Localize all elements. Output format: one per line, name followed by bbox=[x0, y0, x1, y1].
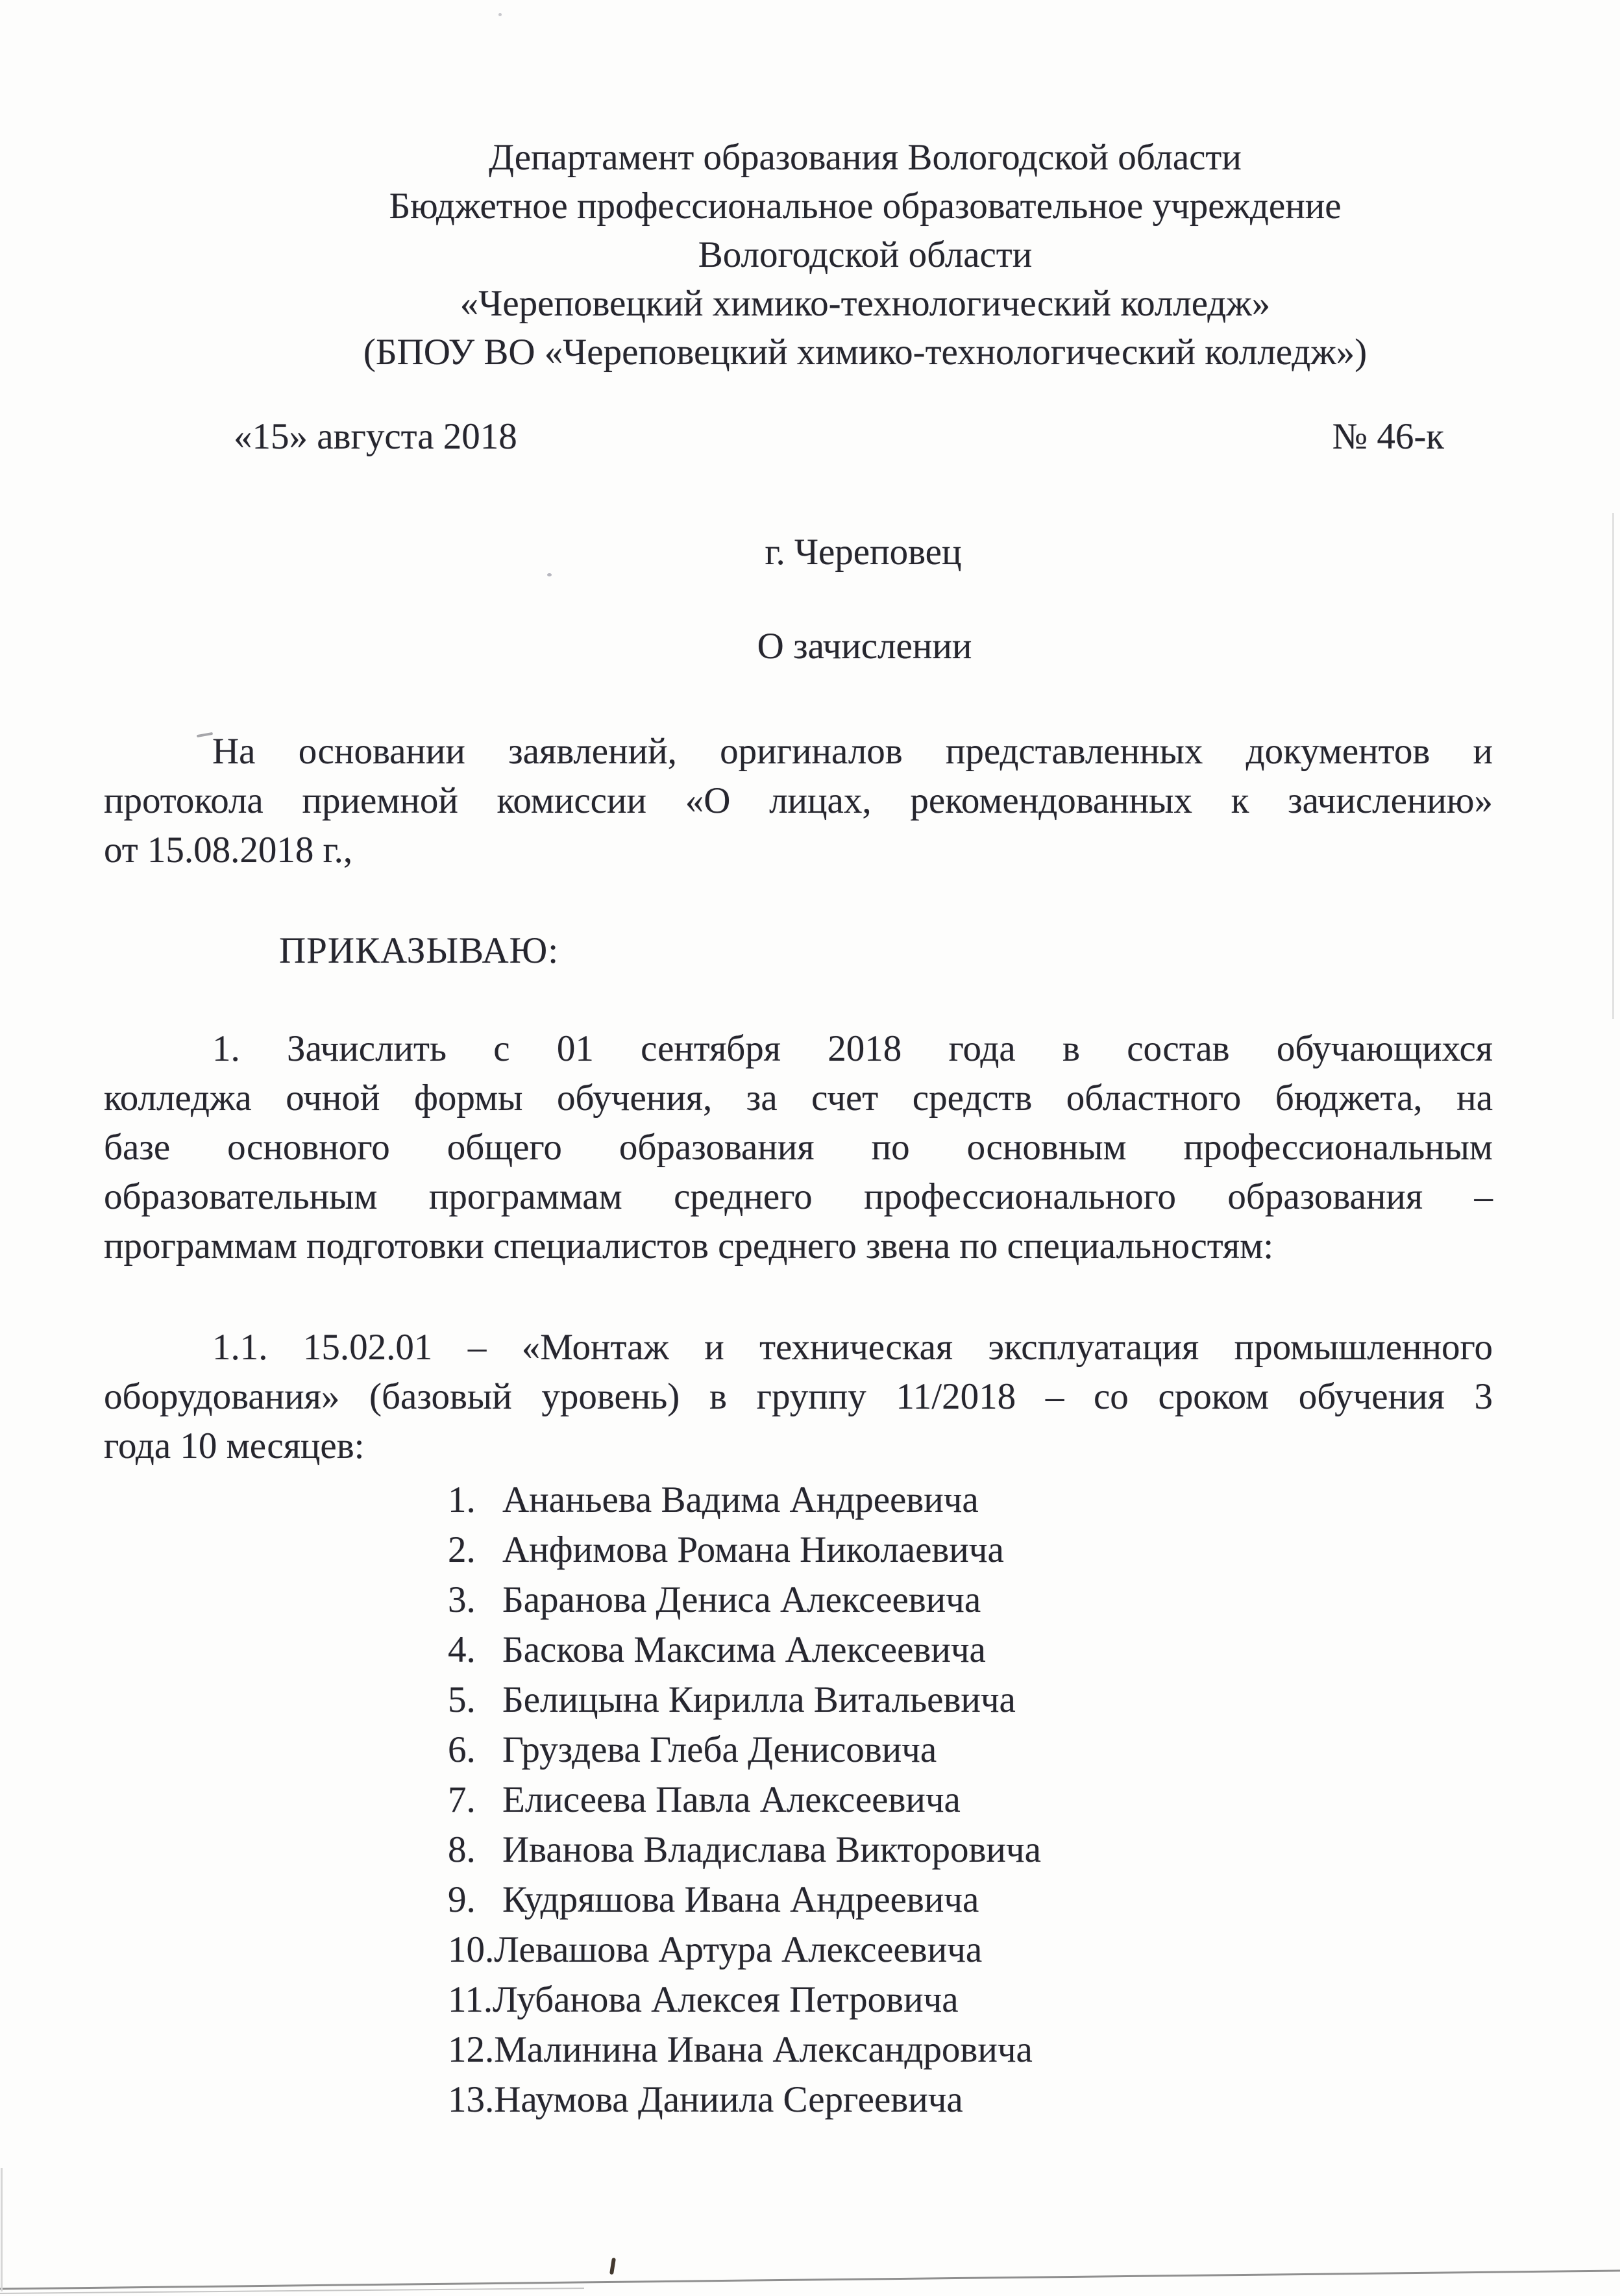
list-item-number: 13. bbox=[448, 2079, 494, 2120]
order-word: ПРИКАЗЫВАЮ: bbox=[279, 926, 1493, 976]
letterhead-line: Бюджетное профессиональное образовательн… bbox=[171, 182, 1560, 230]
order-item-1-line: базе основного общего образования по осн… bbox=[104, 1123, 1493, 1172]
list-item-name: Елисеева Павла Алексеевича bbox=[502, 1779, 961, 1820]
document-number: № 46-к bbox=[1332, 412, 1444, 462]
order-item-1: 1. Зачислить с 01 сентября 2018 года в с… bbox=[104, 1024, 1493, 1271]
order-item-1-1: 1.1. 15.02.01 – «Монтаж и техническая эк… bbox=[104, 1323, 1493, 1471]
document-page: Департамент образования Вологодской обла… bbox=[0, 0, 1620, 2296]
list-item: 9.Кудряшова Ивана Андреевича bbox=[448, 1875, 1493, 1925]
list-item-name: Груздева Глеба Денисовича bbox=[502, 1729, 937, 1770]
letterhead-line: (БПОУ ВО «Череповецкий химико-технологич… bbox=[171, 328, 1560, 376]
list-item-number: 11. bbox=[448, 1979, 493, 2020]
list-item-name: Баранова Дениса Алексеевича bbox=[502, 1579, 981, 1620]
scan-edge-left bbox=[1, 2168, 3, 2291]
list-item-number: 12. bbox=[448, 2029, 494, 2070]
list-item-name: Баскова Максима Алексеевича bbox=[502, 1629, 986, 1670]
preamble-line: На основании заявлений, оригиналов предс… bbox=[104, 727, 1493, 776]
letterhead: Департамент образования Вологодской обла… bbox=[171, 133, 1560, 376]
list-item: 7.Елисеева Павла Алексеевича bbox=[448, 1775, 1493, 1825]
list-item: 5.Белицына Кирилла Витальевича bbox=[448, 1675, 1493, 1725]
place-line: г. Череповец bbox=[169, 528, 1558, 577]
list-item-name: Белицына Кирилла Витальевича bbox=[502, 1679, 1016, 1720]
student-list: 1.Ананьева Вадима Андреевича 2.Анфимова … bbox=[448, 1475, 1493, 2125]
list-item-name: Малинина Ивана Александровича bbox=[494, 2029, 1033, 2070]
preamble-paragraph: На основании заявлений, оригиналов предс… bbox=[104, 727, 1493, 875]
list-item-name: Иванова Владислава Викторовича bbox=[502, 1829, 1041, 1870]
list-item-number: 3. bbox=[448, 1575, 502, 1625]
list-item: 1.Ананьева Вадима Андреевича bbox=[448, 1475, 1493, 1525]
letterhead-line: Департамент образования Вологодской обла… bbox=[171, 133, 1560, 182]
order-item-1-1-line: оборудования» (базовый уровень) в группу… bbox=[104, 1372, 1493, 1422]
list-item: 12.Малинина Ивана Александровича bbox=[448, 2025, 1493, 2075]
list-item: 11.Лубанова Алексея Петровича bbox=[448, 1975, 1493, 2025]
document-content: Департамент образования Вологодской обла… bbox=[0, 0, 1620, 2125]
list-item-number: 2. bbox=[448, 1525, 502, 1575]
preamble-line: протокола приемной комиссии «О лицах, ре… bbox=[104, 776, 1493, 826]
list-item-number: 4. bbox=[448, 1625, 502, 1675]
list-item-number: 5. bbox=[448, 1675, 502, 1725]
list-item-number: 10. bbox=[448, 1929, 494, 1970]
document-date: «15» августа 2018 bbox=[234, 412, 517, 462]
list-item-number: 8. bbox=[448, 1825, 502, 1875]
list-item-name: Наумова Даниила Сергеевича bbox=[494, 2079, 963, 2120]
order-item-1-line: 1. Зачислить с 01 сентября 2018 года в с… bbox=[104, 1024, 1493, 1074]
date-number-row: «15» августа 2018 № 46-к bbox=[104, 412, 1493, 462]
order-item-1-line: программам подготовки специалистов средн… bbox=[104, 1222, 1493, 1271]
list-item-name: Анфимова Романа Николаевича bbox=[502, 1529, 1004, 1570]
list-item: 2.Анфимова Романа Николаевича bbox=[448, 1525, 1493, 1575]
list-item-name: Ананьева Вадима Андреевича bbox=[502, 1479, 979, 1520]
letterhead-line: «Череповецкий химико-технологический кол… bbox=[171, 279, 1560, 328]
list-item-number: 6. bbox=[448, 1725, 502, 1775]
order-item-1-1-line: года 10 месяцев: bbox=[104, 1422, 1493, 1471]
list-item-number: 1. bbox=[448, 1475, 502, 1525]
list-item-name: Кудряшова Ивана Андреевича bbox=[502, 1879, 979, 1920]
preamble-line: от 15.08.2018 г., bbox=[104, 826, 1493, 875]
list-item-number: 9. bbox=[448, 1875, 502, 1925]
order-item-1-1-line: 1.1. 15.02.01 – «Монтаж и техническая эк… bbox=[104, 1323, 1493, 1372]
list-item: 4.Баскова Максима Алексеевича bbox=[448, 1625, 1493, 1675]
list-item-name: Левашова Артура Алексеевича bbox=[494, 1929, 982, 1970]
letterhead-line: Вологодской области bbox=[171, 230, 1560, 279]
list-item: 10.Левашова Артура Алексеевича bbox=[448, 1925, 1493, 1975]
list-item: 13.Наумова Даниила Сергеевича bbox=[448, 2075, 1493, 2125]
list-item: 3.Баранова Дениса Алексеевича bbox=[448, 1575, 1493, 1625]
subject-line: О зачислении bbox=[170, 622, 1559, 671]
order-item-1-line: колледжа очной формы обучения, за счет с… bbox=[104, 1074, 1493, 1123]
list-item-number: 7. bbox=[448, 1775, 502, 1825]
list-item-name: Лубанова Алексея Петровича bbox=[493, 1979, 958, 2020]
scan-artifact-tick bbox=[609, 2258, 616, 2275]
list-item: 8.Иванова Владислава Викторовича bbox=[448, 1825, 1493, 1875]
list-item: 6.Груздева Глеба Денисовича bbox=[448, 1725, 1493, 1775]
order-item-1-line: образовательным программам среднего проф… bbox=[104, 1172, 1493, 1222]
